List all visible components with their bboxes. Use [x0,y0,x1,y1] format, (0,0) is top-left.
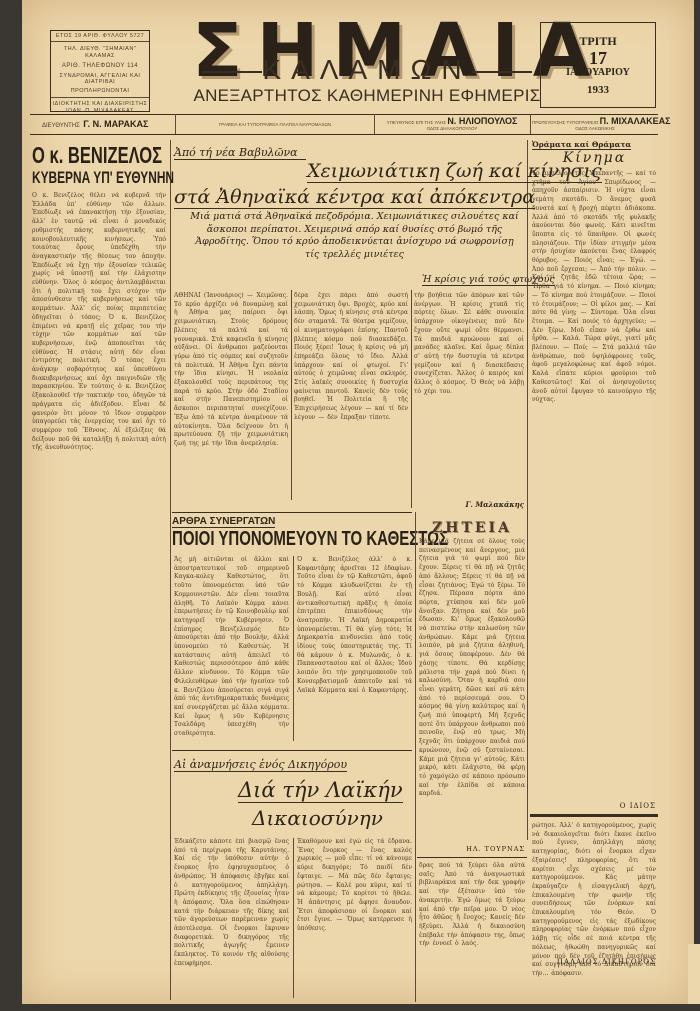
masthead-tagline: ΑΝΕΞΑΡΤΗΤΟΣ ΚΑΘΗΜΕΡΙΝΗ ΕΦΗΜΕΡΙΣ [192,86,542,106]
kinima-bottom-rule [530,814,658,817]
kathestos-title: ΠΟΙΟΙ ΥΠΟΝΟΜΕΥΟΥΝ ΤΟ ΚΑΘΕΣΤΩΣ [172,528,448,551]
printer-credit: ΠΡΩΤΕΥΟΥΣΗΣ ΤΥΠΟΓΡΑΦΕΙΟ Π. ΜΙΧΑΛΑΚΕΑΣ ΟΔ… [532,116,658,131]
newspaper-page: ΕΤΟΣ 19 ΑΡΙΘ. ΦΥΛΛΟΥ 5727 ΤΗΛ. ΔΙΕΥΘ. "Σ… [22,0,694,1004]
zitia-divider [415,512,416,1002]
babylon-bottom-rule [172,512,412,513]
dikaiosyni-title-line1: Διά τήν Λαϊκήν [238,778,403,803]
masthead-rule-left [202,71,262,73]
babylon-col-divider-1 [291,290,292,500]
kinima-title: Κίνημα [532,150,657,166]
kinima-body: Τό ἀμπέλιον τῆς Ὑπαπαντῆς — καί τό χτῆμα… [532,170,656,772]
dikaiosyni-col-divider-1 [293,838,294,998]
babylon-col3: τήν βοήθεια τῶν ἀπόρων καί τῶν ἀνέργων. … [414,292,524,494]
issue-info-box: ΕΤΟΣ 19 ΑΡΙΘ. ΦΥΛΛΟΥ 5727 ΤΗΛ. ΔΙΕΥΘ. "Σ… [50,30,150,112]
kinima-section-label: Ὀράματα καί Θράματα [532,140,631,150]
director-credit: ΔΙΕΥΘΥΝΤΗΣ Γ. Ν. ΜΑΡΑΚΑΣ [42,119,172,129]
babylon-title-line2: στά Ἀθηναϊκά κέντρα καί ἀπόκεντρα [174,186,535,209]
dikaiosyni-col3: δρας πού τά ξεύρει ὅλα αὐτά σαῖς; Ἀπό τά… [419,862,525,998]
babylon-signature: Γ. Μαλακάκης [414,500,524,509]
editor-label: ΥΠΕΥΘΥΝΟΣ ΕΠΙ ΤΗΣ ΥΛΗΣ [387,120,446,125]
credits-divider-3 [530,114,531,134]
printer-label: ΠΡΩΤΕΥΟΥΣΗΣ ΤΥΠΟΓΡΑΦΕΙΟ [532,120,598,125]
babylon-deck: Μιά ματιά στά Ἀθηναϊκά πεζοδρόμια. Χειμω… [187,211,522,261]
kathestos-col-divider [293,556,294,741]
zitia-title: ΖΗΤΕΙΑ [418,520,526,536]
date-box: ΤΡΙΤΗ 17 ΙΑΝΟΥΑΡΙΟΥ 1933 [540,22,656,108]
kinima-signature: Ο ΙΔΙΟΣ [532,802,656,810]
printer-address: ΟΔΟΣ ΛΑΚΩΝΙΚΗΣ [532,126,658,131]
offices-address: ΓΡΑΦΕΙΑ ΚΑΙ ΤΥΠΟΓΡΑΦΕΙΑ ΠΛΑΤΕΙΑ ΝΑΥΡΟΜΑΧ… [180,122,370,127]
dikaiosyni-col4: ρώτησε. Ἀλλ' ὁ κατηγορούμενος, χωρίς νά … [532,822,656,992]
kathestos-col1: Ἄς μή αἰτιῶνται οἱ ἄλλοι καί ἀποστρατευτ… [174,556,289,746]
venizelos-title-line1: Ο κ. ΒΕΝΙΖΕΛΟΣ [32,142,162,169]
dikaiosyni-title-line2: Δικαιοσύνην [252,806,383,830]
month: ΙΑΝΟΥΑΡΙΟΥ [541,67,655,78]
babylon-col1: ΑΘΗΝΑΙ (Ἰανουάριος) — Χειμῶνας. Τό κρύο … [174,292,288,500]
dikaiosyni-kicker: Αἱ ἀναμνήσεις ἑνός Δικηγόρου [174,758,347,772]
babylon-col2: δέρα ἔχει πάρει ἀπό σωστή χειμωνιάτικη ὄ… [294,292,408,504]
printer-name: Π. ΜΙΧΑΛΑΚΕΑΣ [600,116,671,126]
venizelos-title-line2: ΚΥΒΕΡΝΑ ΥΠ' ΕΥΘΥΝΗΝ [32,168,174,188]
director-label: ΔΙΕΥΘΥΝΤΗΣ [42,123,80,129]
dikaiosyni-signature: ΠΑΛΑΙΟΣ ΔΙΚΗΓΟΡΟΣ [532,958,656,966]
credits-divider-1 [175,114,176,134]
director-name: Γ. Ν. ΜΑΡΑΚΑΣ [83,119,148,129]
phone-number: ΑΡΙΘ. ΤΗΛΕΦΩΝΟΥ 114 [51,59,149,70]
prepaid-note: ΠΡΟΠΛΗΡΩΝΟΝΤΑΙ [51,85,149,97]
venizelos-body: Ο κ. Βενιζέλος θέλει νά κυβερνᾶ τήν Ἑλλά… [32,192,166,992]
kathestos-bottom-rule [172,750,412,751]
day: 17 [541,49,655,67]
subscriptions-note: ΣΥΝΔΡΟΜΑΙ, ΑΓΓΕΛΙΑΙ ΚΑΙ ΔΙΑΤΡΙΒΑΙ [51,70,149,86]
babylon-kicker: Ἀπό τή νέα Βαβυλῶνα [174,146,306,160]
owner-label: ΙΔΙΟΚΤΗΤΗΣ ΚΑΙ ΔΙΑΧΕΙΡΙΣΤΗΣ [51,98,149,107]
dikaiosyni-col1: Ἐδικάζετο κάποτε ἐπί βιασμῷ ἕνας ἀπό τά … [174,838,289,998]
kathestos-section-label: ΑΡΘΡΑ ΣΥΝΕΡΓΑΤΩΝ [172,516,275,528]
weekday: ΤΡΙΤΗ [541,34,655,49]
credits-divider-2 [374,114,375,134]
zitia-body: Κάμε μιά ζήτεια σέ ὅλους τούς πεινασμένο… [419,538,525,834]
editor-credit: ΥΠΕΥΘΥΝΟΣ ΕΠΙ ΤΗΣ ΥΛΗΣ Ν. ΗΛΙΟΠΟΥΛΟΣ ΟΔΟ… [377,116,527,131]
year: 1933 [541,84,655,96]
zitia-bottom-rule [417,857,527,858]
masthead-city: ΚΑΛΑΜΩΝ [262,54,472,86]
telegraph-address: ΤΗΛ. ΔΙΕΥΘ. "ΣΗΜΑΙΑΝ" ΚΑΛΑΜΑΣ [51,42,149,59]
editor-address: ΟΔΟΣ ΔΗΛΑΚΟΠΟΥΛΟΥ [377,126,527,131]
babylon-col-divider-2 [411,290,412,508]
credits-bar-top-rule [30,114,658,115]
credits-bar-bottom-rule [30,134,658,135]
editor-name: Ν. ΗΛΙΟΠΟΥΛΟΣ [447,116,517,126]
issue-number: ΕΤΟΣ 19 ΑΡΙΘ. ΦΥΛΛΟΥ 5727 [51,31,149,42]
zitia-signature: ΗΛ. ΤΟΥΡΝΑΣ [419,845,525,853]
kathestos-col2: Ὁ κ. Βενιζέλος ἀλλ' ὁ κ. Καφαντάρης ἀρνε… [297,556,412,744]
column-divider-left [170,140,171,1000]
column-divider-right [527,140,528,840]
dikaiosyni-col2: Ἐκαθόμουν καί ἐγώ εἰς τά ἕδρανα. Ἕνας ἔν… [297,838,412,998]
masthead-rule-right [472,71,532,73]
